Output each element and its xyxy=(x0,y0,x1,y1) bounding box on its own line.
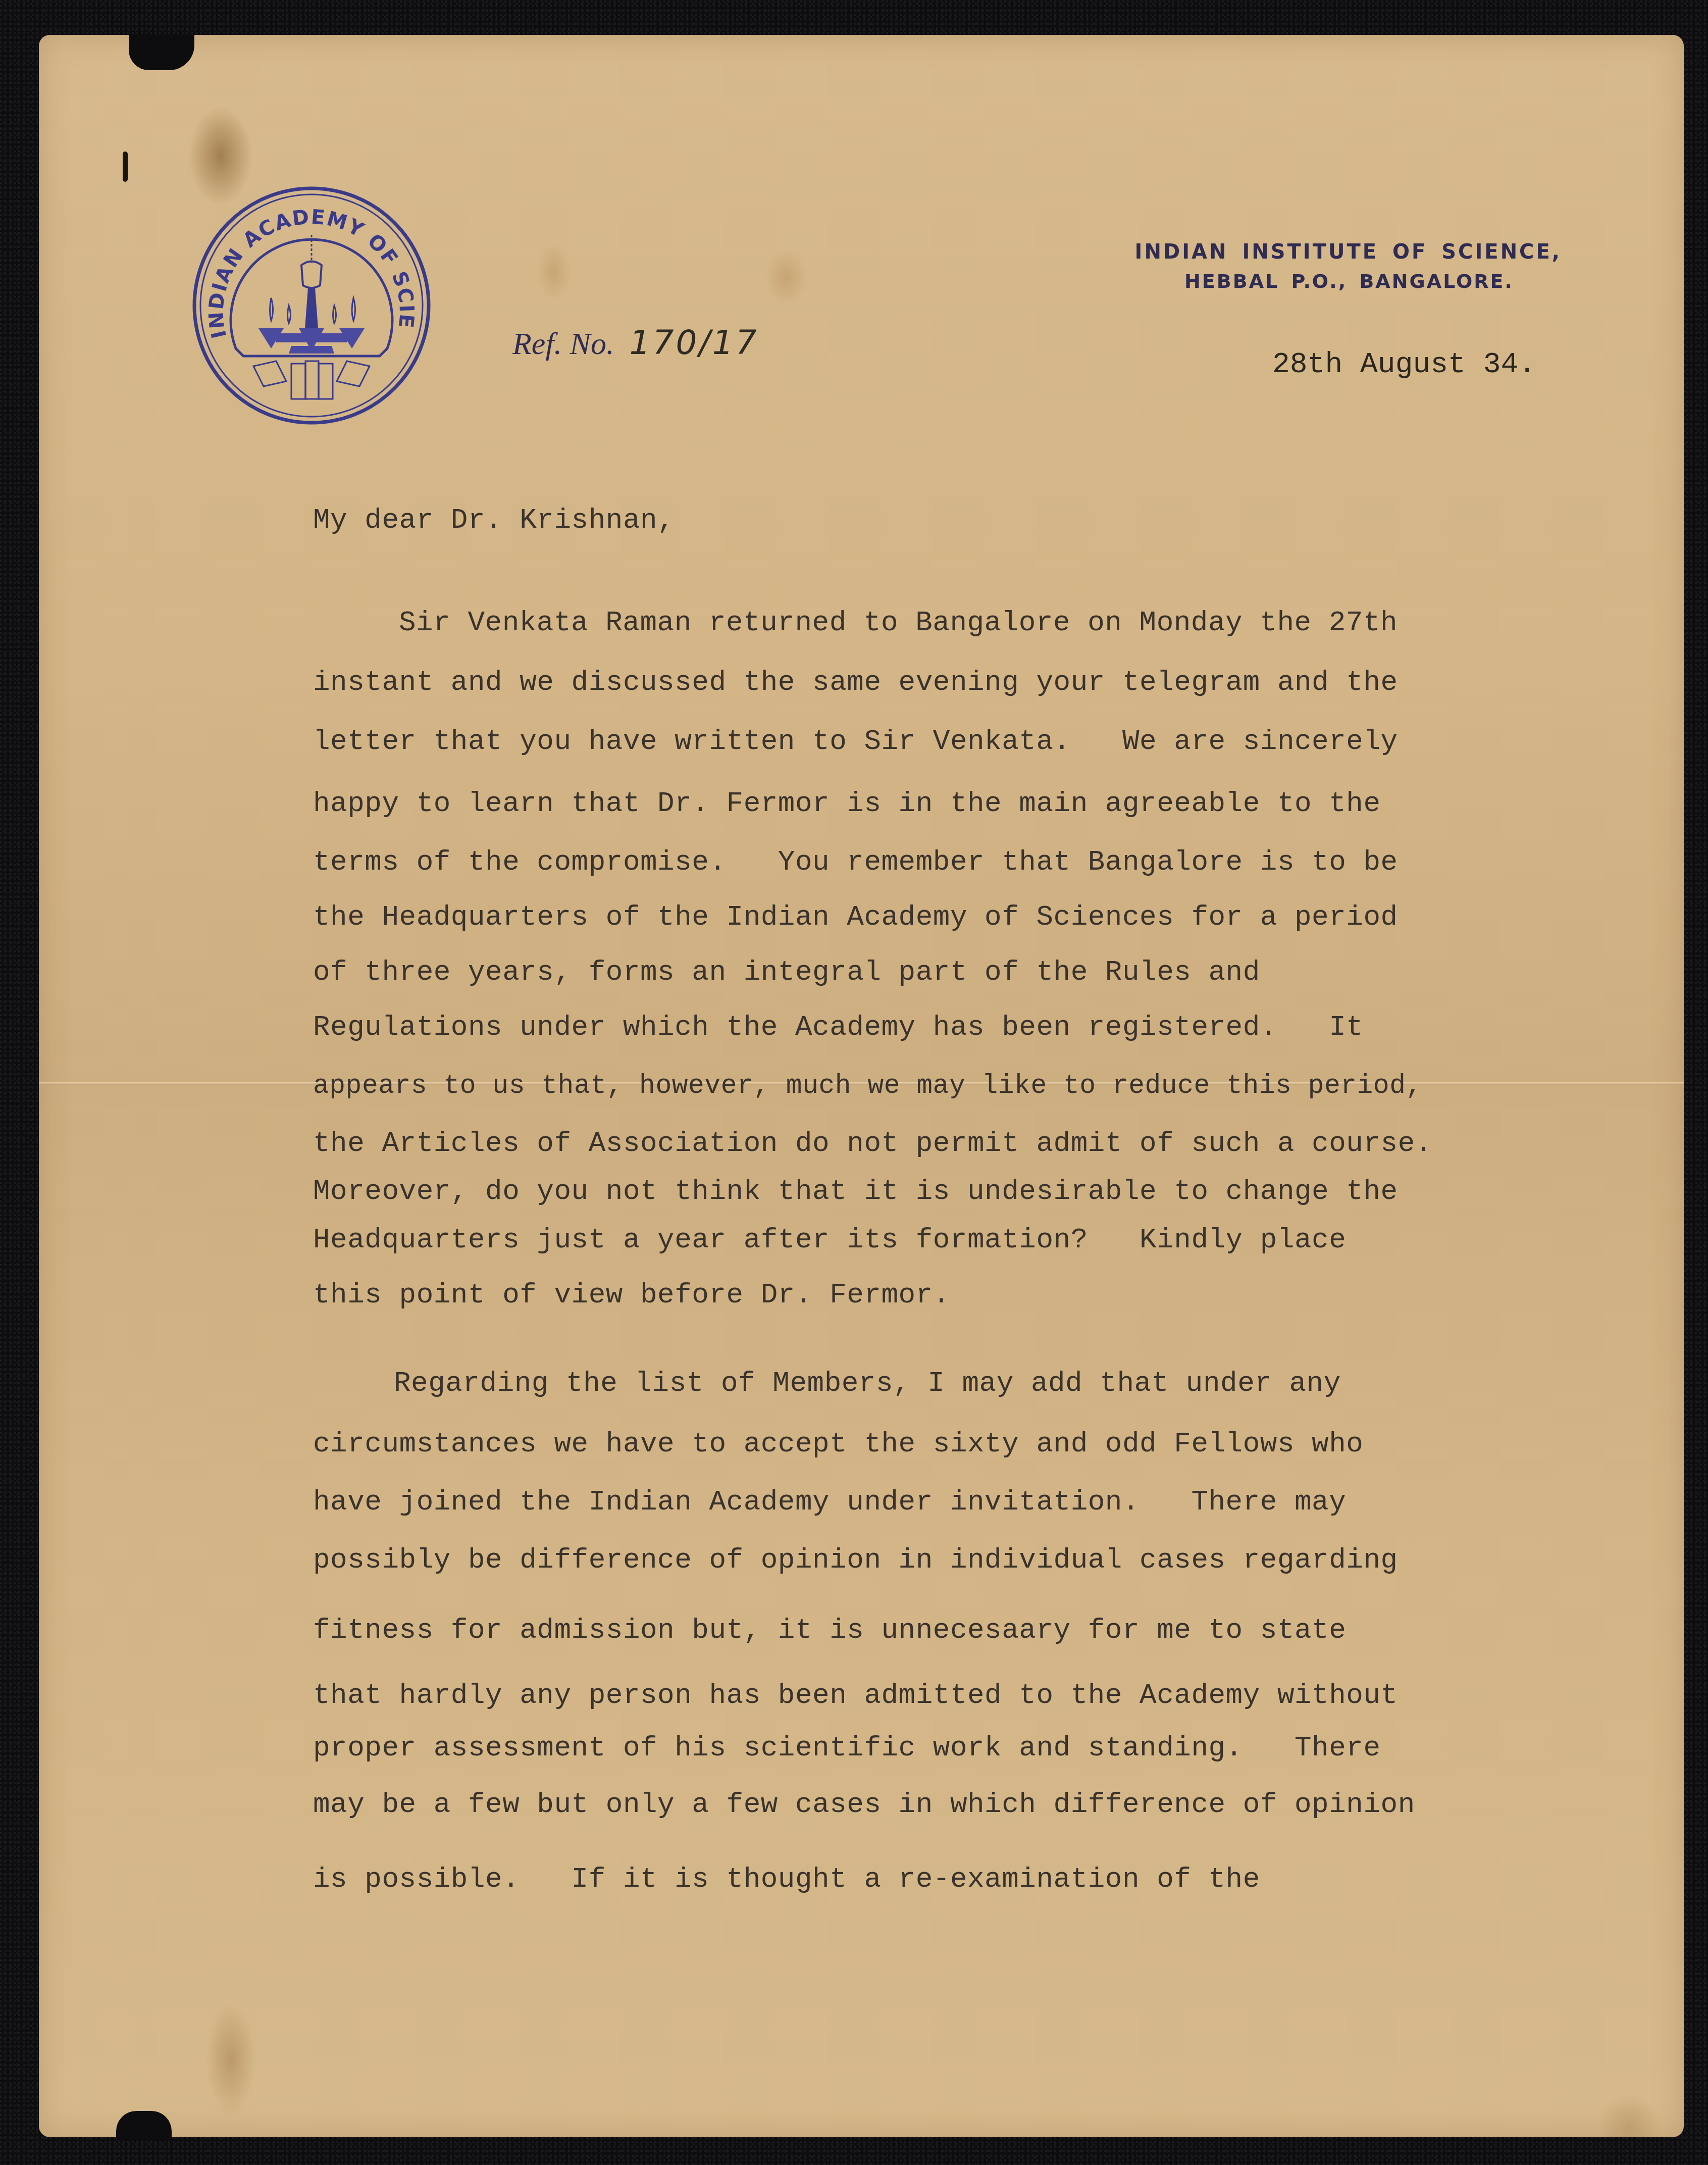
body-line: that hardly any person has been admitted… xyxy=(313,1681,1398,1709)
svg-text:THE INDIAN ACADEMY OF SCIENCES: THE INDIAN ACADEMY OF SCIENCES xyxy=(188,182,418,340)
body-line: of three years, forms an integral part o… xyxy=(313,958,1260,986)
body-line: Regulations under which the Academy has … xyxy=(313,1013,1363,1041)
body-line: the Articles of Association do not permi… xyxy=(313,1129,1432,1157)
ref-handwritten-number: 170/17 xyxy=(629,323,758,362)
body-line: Sir Venkata Raman returned to Bangalore … xyxy=(399,609,1398,637)
body-line: Headquarters just a year after its forma… xyxy=(313,1226,1346,1254)
body-line: may be a few but only a few cases in whi… xyxy=(313,1790,1415,1819)
body-line: is possible. If it is thought a re-exami… xyxy=(313,1865,1260,1893)
body-line: letter that you have written to Sir Venk… xyxy=(313,727,1398,756)
tear-damage-bottom xyxy=(116,2111,172,2141)
letterhead-address: INDIAN INSTITUTE OF SCIENCE, HEBBAL P.O.… xyxy=(1135,237,1562,296)
academy-seal-icon: THE INDIAN ACADEMY OF SCIENCES xyxy=(188,182,435,429)
body-line: have joined the Indian Academy under inv… xyxy=(313,1488,1346,1516)
ref-label: Ref. No. xyxy=(512,327,614,361)
pin-hole xyxy=(123,152,128,182)
institution-name: INDIAN INSTITUTE OF SCIENCE, xyxy=(1135,237,1562,267)
body-line: fitness for admission but, it is unneces… xyxy=(313,1616,1346,1644)
postal-address: HEBBAL P.O., BANGALORE. xyxy=(1135,267,1514,296)
body-line: proper assessment of his scientific work… xyxy=(313,1734,1381,1762)
body-line: possibly be difference of opinion in ind… xyxy=(313,1546,1398,1574)
salutation: My dear Dr. Krishnan, xyxy=(313,506,675,534)
letter-date: 28th August 34. xyxy=(1272,348,1536,381)
body-line: this point of view before Dr. Fermor. xyxy=(313,1281,950,1309)
body-line: happy to learn that Dr. Fermor is in the… xyxy=(313,789,1381,818)
body-line: the Headquarters of the Indian Academy o… xyxy=(313,903,1398,931)
body-line: appears to us that, however, much we may… xyxy=(313,1073,1422,1099)
body-line: Moreover, do you not think that it is un… xyxy=(313,1177,1398,1205)
body-line: circumstances we have to accept the sixt… xyxy=(313,1430,1363,1458)
body-line: terms of the compromise. You remember th… xyxy=(313,848,1398,876)
tear-damage-top xyxy=(129,35,194,70)
body-line: Regarding the list of Members, I may add… xyxy=(394,1369,1341,1397)
body-line: instant and we discussed the same evenin… xyxy=(313,668,1398,696)
reference-number: Ref. No.170/17 xyxy=(512,323,759,362)
